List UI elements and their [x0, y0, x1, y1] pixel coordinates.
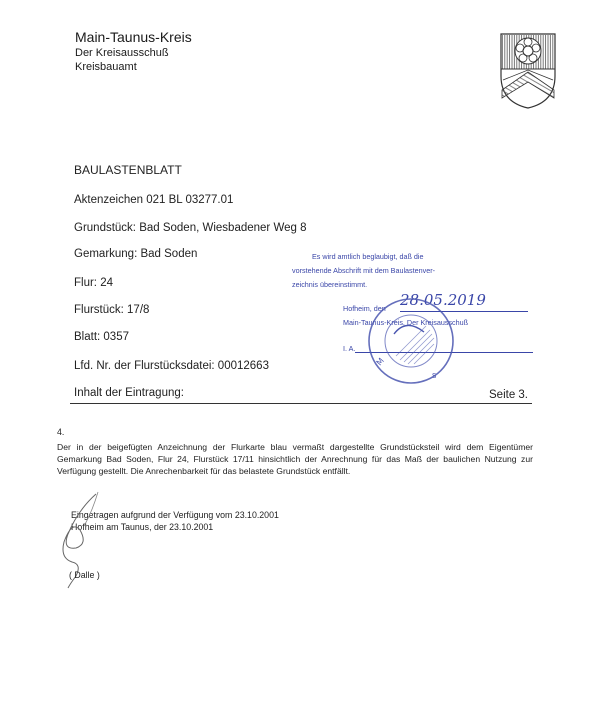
document-title: BAULASTENBLATT [74, 163, 182, 177]
field-file-number: Aktenzeichen 021 BL 03277.01 [74, 194, 233, 206]
stamp-line-1: Es wird amtlich beglaubigt, daß die [312, 252, 423, 261]
entry-text: Der in der beigefügten Anzeichnung der F… [57, 441, 533, 477]
authority-name: Main-Taunus-Kreis [75, 29, 192, 45]
field-district: Gemarkung: Bad Soden [74, 248, 197, 260]
entry-number: 4. [57, 427, 64, 437]
contents-label: Inhalt der Eintragung: [74, 387, 184, 399]
page-label: Seite 3. [489, 389, 528, 401]
official-seal-icon: M S [366, 296, 456, 391]
office-name: Kreisbauamt [75, 61, 137, 73]
stamp-ia: I. A. [343, 344, 355, 353]
field-parcel: Flurstück: 17/8 [74, 304, 149, 316]
department-name: Der Kreisausschuß [75, 47, 169, 59]
coat-of-arms-icon [499, 32, 557, 115]
field-property: Grundstück: Bad Soden, Wiesbadener Weg 8 [74, 222, 306, 234]
field-serial-number: Lfd. Nr. der Flurstücksdatei: 00012663 [74, 360, 269, 372]
field-flur: Flur: 24 [74, 277, 113, 289]
field-sheet: Blatt: 0357 [74, 331, 129, 343]
stamp-line-2: vorstehende Abschrift mit dem Baulastenv… [292, 266, 435, 275]
section-divider [70, 403, 532, 404]
signatory-name: ( Dalle ) [69, 570, 100, 580]
stamp-line-3: zeichnis übereinstimmt. [292, 280, 367, 289]
svg-text:S: S [432, 372, 437, 380]
